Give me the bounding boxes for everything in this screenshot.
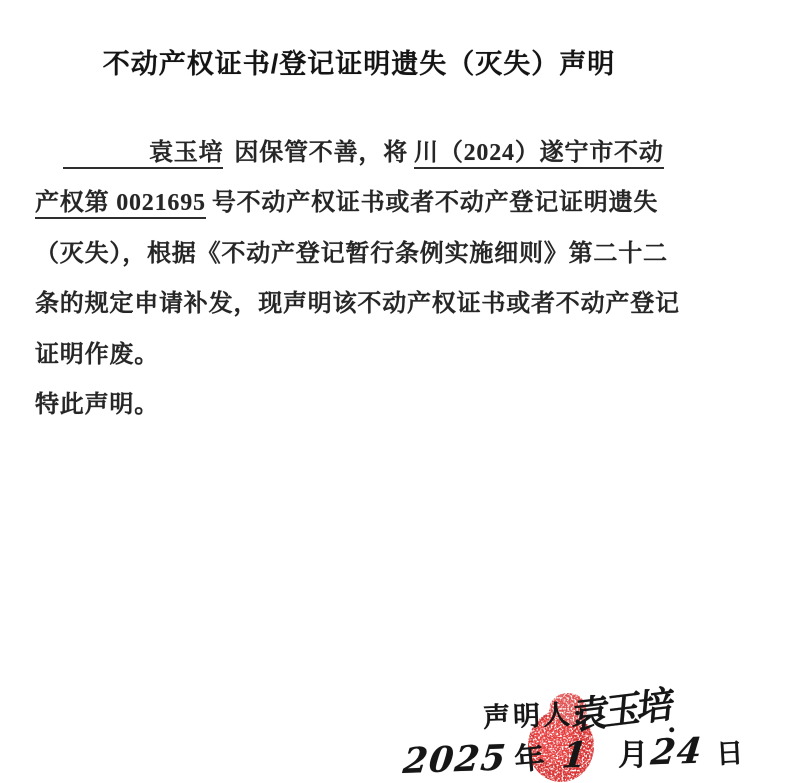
- body-line-3: （灭失），根据《不动产登记暂行条例实施细则》第二十二: [35, 229, 687, 279]
- date-day: 24: [649, 730, 705, 773]
- document-body: 袁玉培因保管不善，将川（2024）遂宁市不动 产权第 0021695号不动产权证…: [35, 128, 687, 430]
- date-day-label: 日: [715, 731, 744, 771]
- date-month-label: 月: [618, 730, 648, 774]
- date-line: 2025 年 1 月 24 日: [402, 726, 743, 782]
- date-month: 1: [560, 734, 590, 776]
- certificate-ref-line2: 产权第 0021695: [35, 190, 206, 219]
- closing-line: 特此声明。: [35, 380, 687, 430]
- body-line-1: 袁玉培因保管不善，将川（2024）遂宁市不动: [35, 128, 687, 178]
- certificate-ref-line1: 川（2024）遂宁市不动: [414, 140, 664, 169]
- declarant-name-field: 袁玉培: [63, 140, 223, 169]
- body-line-2: 产权第 0021695号不动产权证书或者不动产登记证明遗失: [35, 178, 687, 228]
- body-line-5: 证明作废。: [35, 330, 687, 380]
- declarant-name: 袁玉培: [149, 140, 223, 166]
- blank-underline-space: [63, 159, 149, 160]
- body-text-line2: 号不动产权证书或者不动产登记证明遗失: [212, 190, 658, 216]
- date-year-label: 年: [513, 732, 547, 778]
- body-text-after-name: 因保管不善，将: [234, 140, 408, 166]
- date-year: 2025: [401, 737, 509, 782]
- body-line-4: 条的规定申请补发，现声明该不动产权证书或者不动产登记: [35, 279, 687, 329]
- document-title: 不动产权证书/登记证明遗失（灭失）声明: [35, 42, 683, 81]
- document-page: 不动产权证书/登记证明遗失（灭失）声明 袁玉培因保管不善，将川（2024）遂宁市…: [0, 0, 791, 783]
